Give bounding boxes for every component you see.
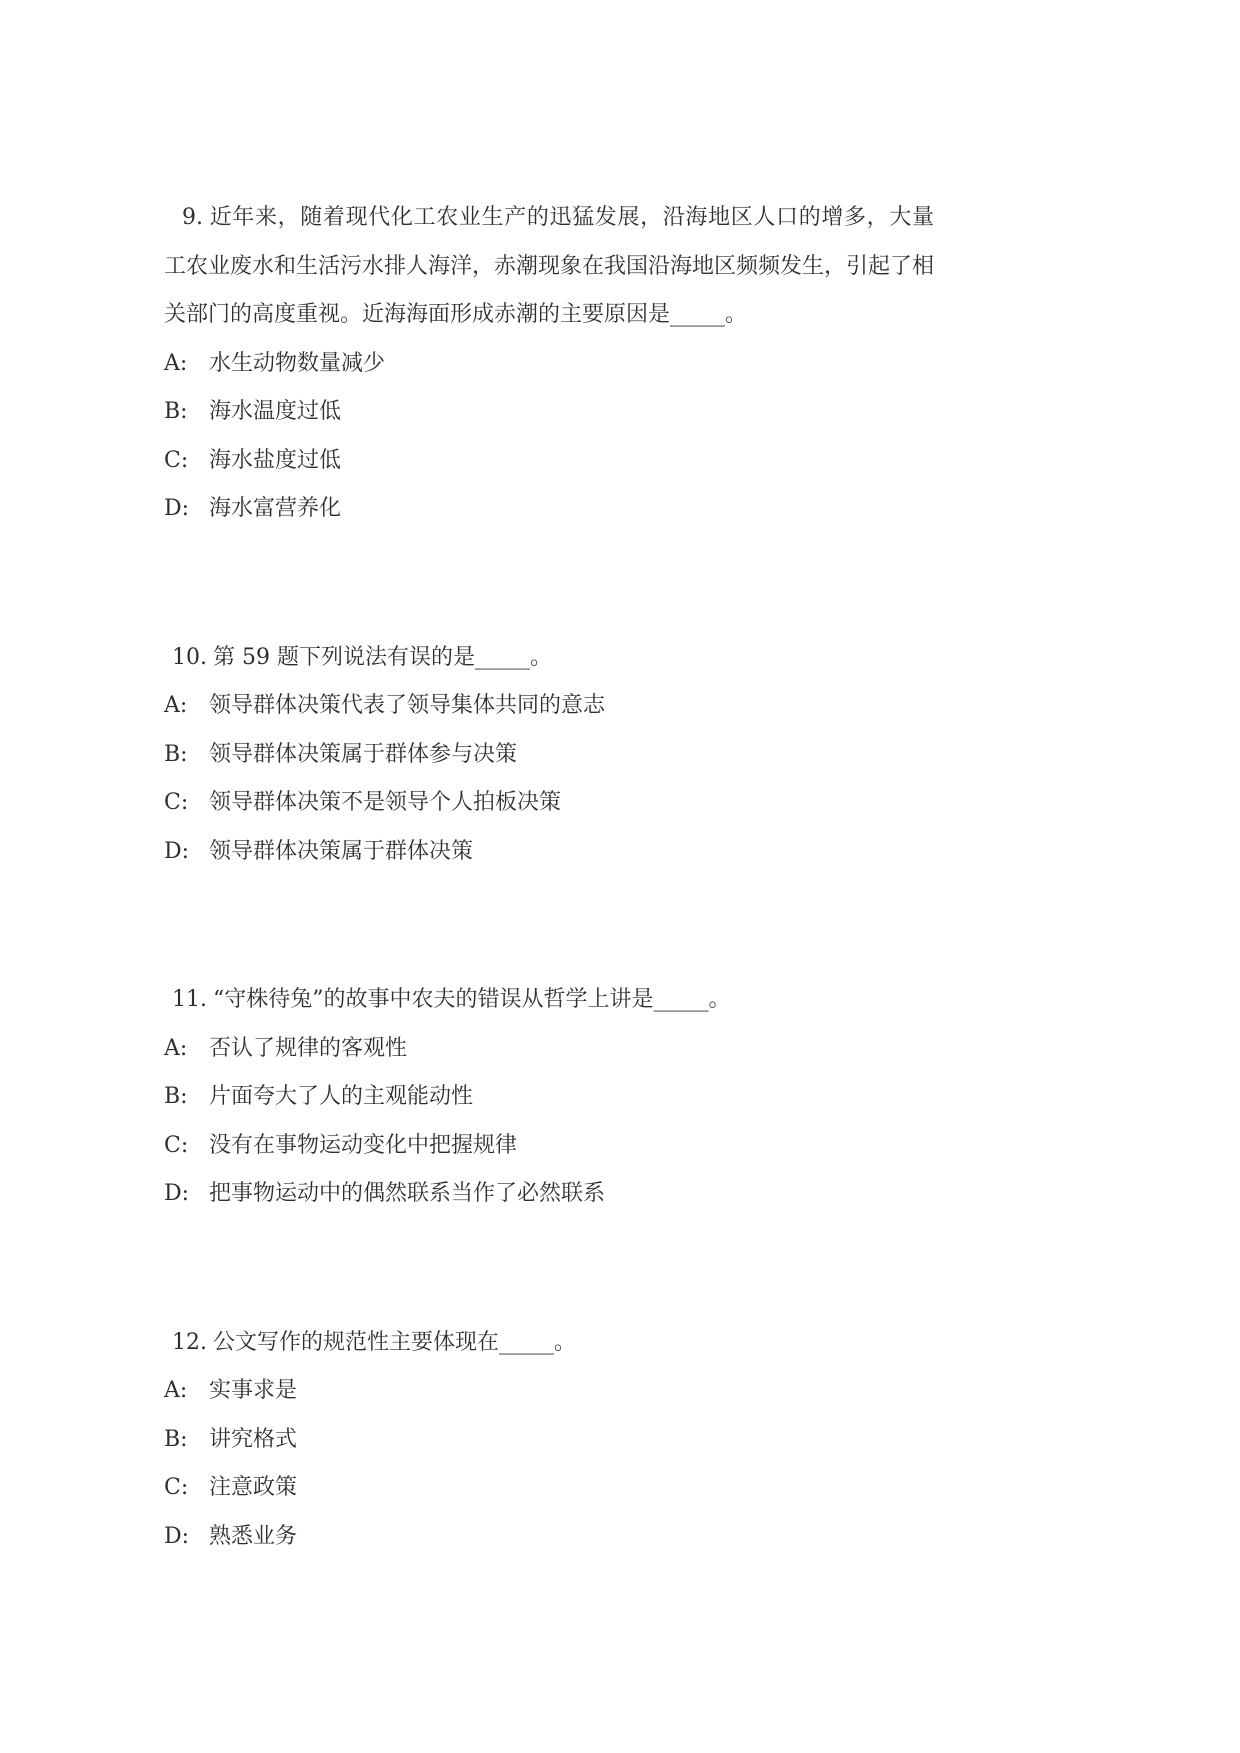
option-text: 实事求是 xyxy=(209,1367,934,1416)
option-label: A: xyxy=(164,682,209,731)
question-body: “守株待兔”的故事中农夫的错误从哲学上讲是_____。 xyxy=(213,987,731,1012)
option-text: 片面夸大了人的主观能动性 xyxy=(209,1073,934,1122)
question-body: 公文写作的规范性主要体现在_____。 xyxy=(213,1330,576,1355)
option-row-c: C: 领导群体决策不是领导个人拍板决策 xyxy=(164,779,934,828)
question-number: 11. xyxy=(172,987,207,1012)
option-row-d: D: 海水富营养化 xyxy=(164,485,934,534)
option-text: 领导群体决策不是领导个人拍板决策 xyxy=(209,779,934,828)
option-row-a: A: 水生动物数量减少 xyxy=(164,340,934,389)
option-label: A: xyxy=(164,340,209,389)
document-content: 9.近年来，随着现代化工农业生产的迅猛发展，沿海地区人口的增多，大量工农业废水和… xyxy=(164,194,934,1661)
option-text: 没有在事物运动变化中把握规律 xyxy=(209,1122,934,1171)
option-label: A: xyxy=(164,1367,209,1416)
option-label: C: xyxy=(164,779,209,828)
option-label: C: xyxy=(164,1464,209,1513)
option-label: C: xyxy=(164,1122,209,1171)
question-text: 12.公文写作的规范性主要体现在_____。 xyxy=(164,1319,934,1368)
option-text: 海水盐度过低 xyxy=(209,437,934,486)
question-text: 10.第 59 题下列说法有误的是_____。 xyxy=(164,634,934,683)
option-row-c: C: 注意政策 xyxy=(164,1464,934,1513)
option-label: D: xyxy=(164,828,209,877)
option-row-d: D: 把事物运动中的偶然联系当作了必然联系 xyxy=(164,1170,934,1219)
question-9: 9.近年来，随着现代化工农业生产的迅猛发展，沿海地区人口的增多，大量工农业废水和… xyxy=(164,194,934,534)
option-row-d: D: 熟悉业务 xyxy=(164,1513,934,1562)
option-text: 否认了规律的客观性 xyxy=(209,1025,934,1074)
option-row-b: B: 讲究格式 xyxy=(164,1416,934,1465)
question-10: 10.第 59 题下列说法有误的是_____。 A: 领导群体决策代表了领导集体… xyxy=(164,634,934,877)
option-label: C: xyxy=(164,437,209,486)
option-row-b: B: 领导群体决策属于群体参与决策 xyxy=(164,731,934,780)
option-text: 海水温度过低 xyxy=(209,388,934,437)
option-row-d: D: 领导群体决策属于群体决策 xyxy=(164,828,934,877)
question-body: 近年来，随着现代化工农业生产的迅猛发展，沿海地区人口的增多，大量工农业废水和生活… xyxy=(164,205,934,327)
option-label: D: xyxy=(164,485,209,534)
option-label: B: xyxy=(164,388,209,437)
document-page: 9.近年来，随着现代化工农业生产的迅猛发展，沿海地区人口的增多，大量工农业废水和… xyxy=(0,0,1240,1753)
option-row-c: C: 海水盐度过低 xyxy=(164,437,934,486)
option-row-c: C: 没有在事物运动变化中把握规律 xyxy=(164,1122,934,1171)
option-label: B: xyxy=(164,1073,209,1122)
option-row-b: B: 海水温度过低 xyxy=(164,388,934,437)
question-number: 12. xyxy=(172,1330,207,1355)
option-text: 领导群体决策代表了领导集体共同的意志 xyxy=(209,682,934,731)
option-text: 海水富营养化 xyxy=(209,485,934,534)
option-row-a: A: 否认了规律的客观性 xyxy=(164,1025,934,1074)
option-text: 讲究格式 xyxy=(209,1416,934,1465)
question-text: 11.“守株待兔”的故事中农夫的错误从哲学上讲是_____。 xyxy=(164,976,934,1025)
question-11: 11.“守株待兔”的故事中农夫的错误从哲学上讲是_____。 A: 否认了规律的… xyxy=(164,976,934,1219)
option-label: D: xyxy=(164,1513,209,1562)
question-body: 第 59 题下列说法有误的是_____。 xyxy=(213,645,552,670)
question-number: 10. xyxy=(172,645,207,670)
option-label: D: xyxy=(164,1170,209,1219)
option-label: B: xyxy=(164,731,209,780)
question-12: 12.公文写作的规范性主要体现在_____。 A: 实事求是 B: 讲究格式 C… xyxy=(164,1319,934,1562)
option-text: 熟悉业务 xyxy=(209,1513,934,1562)
option-label: A: xyxy=(164,1025,209,1074)
option-text: 领导群体决策属于群体参与决策 xyxy=(209,731,934,780)
option-text: 把事物运动中的偶然联系当作了必然联系 xyxy=(209,1170,934,1219)
option-label: B: xyxy=(164,1416,209,1465)
option-row-b: B: 片面夸大了人的主观能动性 xyxy=(164,1073,934,1122)
option-text: 领导群体决策属于群体决策 xyxy=(209,828,934,877)
option-text: 水生动物数量减少 xyxy=(209,340,934,389)
question-number: 9. xyxy=(182,205,203,230)
option-text: 注意政策 xyxy=(209,1464,934,1513)
option-row-a: A: 实事求是 xyxy=(164,1367,934,1416)
option-row-a: A: 领导群体决策代表了领导集体共同的意志 xyxy=(164,682,934,731)
question-text: 9.近年来，随着现代化工农业生产的迅猛发展，沿海地区人口的增多，大量工农业废水和… xyxy=(164,194,934,340)
